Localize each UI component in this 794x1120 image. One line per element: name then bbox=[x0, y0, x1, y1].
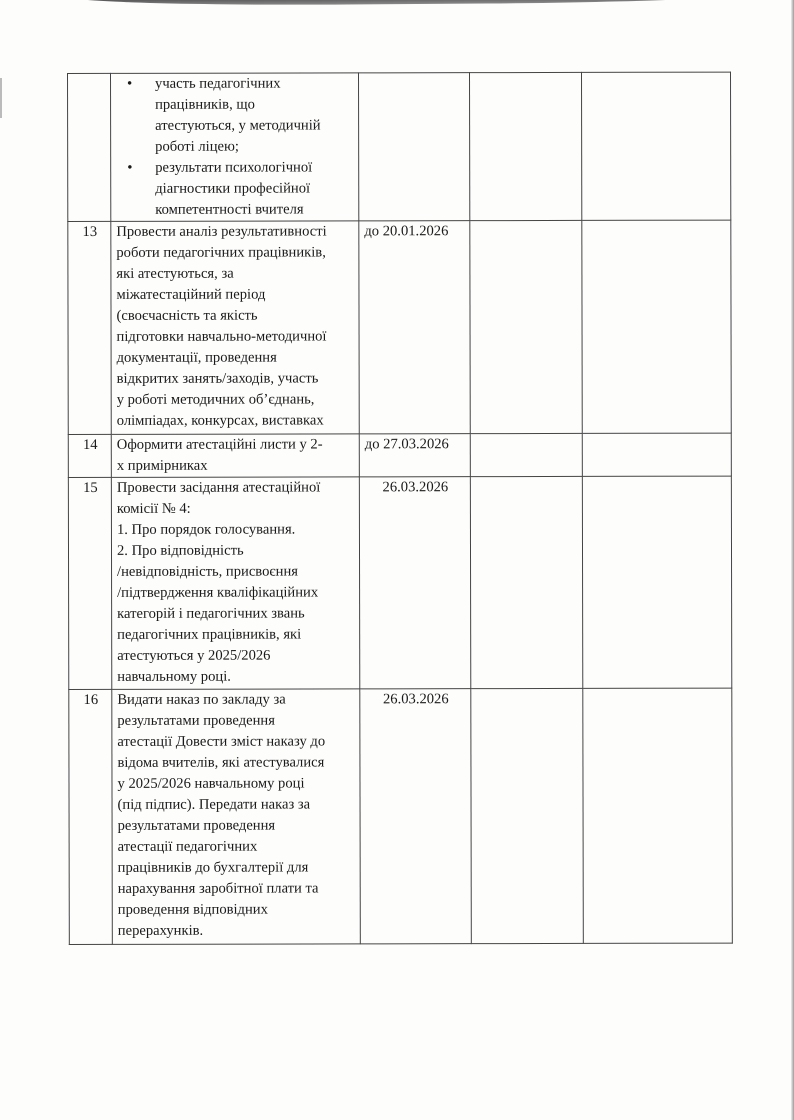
bullet-list: участь педагогічних працівників, що атес… bbox=[116, 73, 354, 220]
row-number-cell: 14 bbox=[68, 434, 111, 477]
row-number-cell: 15 bbox=[68, 477, 111, 689]
note-cell bbox=[582, 433, 731, 476]
bullet-item: результати психологічної діагностики про… bbox=[143, 157, 354, 220]
attestation-plan-table: участь педагогічних працівників, що атес… bbox=[67, 72, 733, 945]
note-cell bbox=[582, 476, 731, 688]
task-cell: Провести аналіз результативності роботи … bbox=[111, 221, 359, 435]
task-cell: участь педагогічних працівників, що атес… bbox=[111, 73, 359, 222]
bullet-item: участь педагогічних працівників, що атес… bbox=[143, 73, 354, 157]
table-row: 15 Провести засідання атестаційної коміс… bbox=[68, 476, 731, 689]
responsible-cell bbox=[470, 220, 582, 433]
responsible-cell bbox=[470, 433, 582, 476]
deadline-cell bbox=[359, 73, 470, 221]
table-row: 16 Видати наказ по закладу за результата… bbox=[69, 688, 733, 944]
row-number-cell: 13 bbox=[68, 221, 111, 434]
responsible-cell bbox=[471, 688, 584, 943]
task-cell: Провести засідання атестаційної комісії … bbox=[111, 477, 359, 690]
deadline-cell: 26.03.2026 bbox=[360, 689, 472, 944]
deadline-cell: до 20.01.2026 bbox=[359, 221, 470, 434]
deadline-cell: 26.03.2026 bbox=[359, 477, 470, 689]
row-number-cell bbox=[68, 73, 111, 221]
table-row: 13 Провести аналіз результативності робо… bbox=[68, 220, 731, 434]
responsible-cell bbox=[470, 72, 582, 220]
responsible-cell bbox=[470, 476, 582, 688]
task-cell: Видати наказ по закладу за результатами … bbox=[112, 689, 361, 945]
scan-edge-mark bbox=[0, 78, 2, 118]
task-cell: Оформити атестаційні листи у 2- х примір… bbox=[111, 434, 359, 478]
note-cell bbox=[581, 72, 730, 220]
row-number-cell: 16 bbox=[69, 689, 113, 944]
deadline-cell: до 27.03.2026 bbox=[359, 434, 470, 477]
table-row: 14 Оформити атестаційні листи у 2- х при… bbox=[68, 433, 731, 477]
table-row: участь педагогічних працівників, що атес… bbox=[68, 72, 731, 221]
note-cell bbox=[583, 688, 733, 943]
note-cell bbox=[582, 220, 731, 433]
scan-shadow-top bbox=[68, 0, 768, 6]
